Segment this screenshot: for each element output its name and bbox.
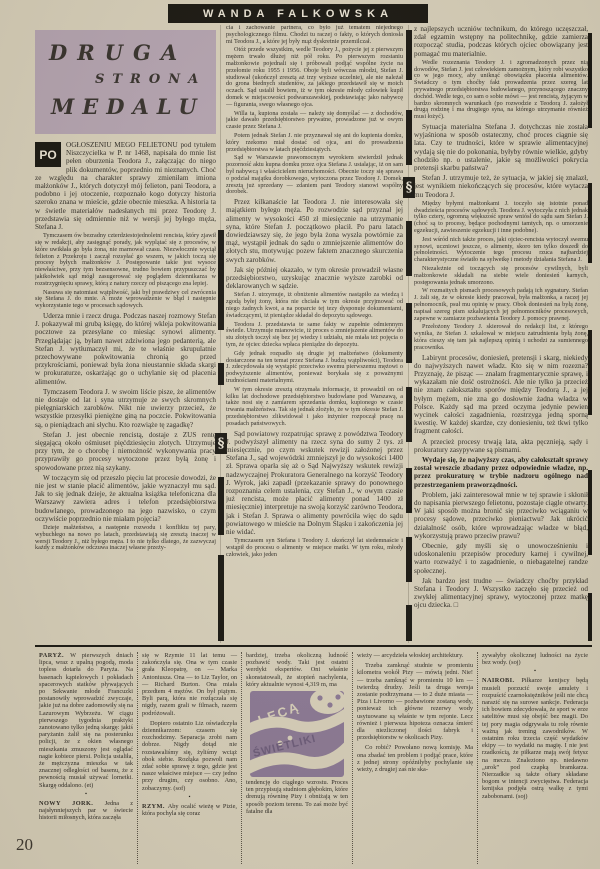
article-body: DRUGA STRONA MEDALU PO OGŁOSZENIU MEGO F… [35,25,592,643]
paragraph: Dzieje małżeństwa, a następnie rozwodu i… [35,525,216,552]
paragraph: Trzeba zamknąć studnie w promieniu kilom… [357,662,473,741]
paragraph: Obecnie, gdy myśli się o unowocześnieniu… [414,542,588,575]
brief-column-1: PARYŻ. W pierwszych dniach lipca, wraz z… [35,652,137,864]
middle-column-text: cia i zachowanie partnera, co było już t… [226,25,403,559]
edge-bar [588,183,592,263]
divider-bar [406,468,412,513]
news-briefs: PARYŻ. W pierwszych dniach lipca, wraz z… [35,652,592,864]
right-column-text: z najlepszych uczniów technikum, do któr… [414,25,588,610]
divider-bar [406,605,412,641]
divider-bar [406,387,412,442]
dropcap: PO [35,142,61,167]
paragraph: Przez kilkanaście lat Teodora J. nie int… [226,198,403,264]
paragraph: Między byłymi małżonkami J. toczyło się … [414,201,588,235]
paragraph: W rozmaitych pismach procesowych padają … [414,288,588,322]
paragraph: Sąd powiatowy rozpatrując sprawę z powód… [226,430,403,537]
title-line-2: STRONA [95,72,206,87]
brief-dateline: RZYM. [142,803,168,810]
divider-bar [406,537,412,582]
paragraph: Willa ta, kupiona została — należy się d… [226,111,403,131]
section-rule [35,645,592,647]
brief-column-3-bottom: tendencję do ciągłego wzrostu. Proces te… [246,779,348,815]
paragraph: Otóż przede wszystkim, wedle Teodory J.,… [226,47,403,108]
article-title-box: DRUGA STRONA MEDALU [35,30,216,134]
edge-bar [588,33,592,128]
paragraph: Przełożony Teodory J. skierował do redak… [414,324,588,351]
brief-column-4: wieży — arcydzieła włoskiej architektury… [352,652,477,864]
paragraph: Problem, jaki zainteresował mnie w tej s… [414,491,588,540]
paragraph: Wedle rozeznania Teodory J. i zgromadzon… [414,60,588,121]
paragraph: Labirynt procesów, doniesień, pretensji … [414,354,588,436]
paragraph: zywałyby okolicznej ludności na życie be… [482,652,588,666]
page-number: 20 [16,835,33,855]
paragraph: Niezależnie od toczących się procesów cy… [414,266,588,286]
paragraph: wieży — arcydzieła włoskiej architektury… [357,652,473,659]
paragraph: Dopiero ostatnio Liz oświadczyła dzienni… [142,720,237,792]
brief-dateline: NOWY JORK. [39,800,105,807]
author-name: WANDA FALKOWSKA [203,8,393,20]
divider-bar [218,477,224,535]
paragraph: Stefan J. utrzymuje, iż obniżenie alimen… [226,292,403,319]
paragraph: Tymczasem Teodora J. w swoim liście pisz… [35,388,216,429]
paragraph: cia i zachowanie partnera, co było już t… [226,25,403,45]
brief-dateline: PARYŻ. [39,652,70,659]
divider-bar [218,363,224,385]
paragraph: W toczącym się od przeszło pięciu lat pr… [35,474,216,523]
paragraph: Jak bardzo jest trudne — świadczy choćby… [414,577,588,610]
brief-column-3-top: bardziej, trzeba okoliczną ludność pozba… [246,652,348,688]
paragraph: OGŁOSZENIU MEGO FELIETONU pod tytułem Ni… [35,141,216,231]
paragraph: NAIROBI. Piłkarze kenijscy będą musieli … [482,677,588,799]
brief-separator: ▪ [482,669,588,674]
title-line-3: MEDALU [51,94,205,119]
paragraph: Stefan J. utrzymuje też, że sytuacja, w … [414,174,588,199]
paragraph: W tym okresie zresztą otrzymała informac… [226,387,403,428]
edge-bar [588,330,592,415]
paragraph: Teodora J. przedstawia te same fakty w z… [226,322,403,349]
divider-bar [406,30,412,80]
paragraph: Jest wśród nich także proces, jaki ojcie… [414,237,588,264]
paragraph: NOWY JORK. Jedna z najsłynniejszych par … [39,800,133,822]
divider-bar [406,110,412,165]
paragraph: Jak się później okazało, w tym okresie p… [226,266,403,291]
paragraph: Co robić? Powołano nową komisję. Ma ona … [357,744,473,773]
paragraph: Uderza mnie i rzecz druga. Podczas nasze… [35,312,216,386]
paragraph: Tymczasem ów bezradny czterdziestojednol… [35,233,216,287]
leca-swietliki-graphic: LECĄ ŚWIETLIKI [250,691,344,777]
paragraph: PARYŻ. W pierwszych dniach lipca, wraz z… [39,652,133,789]
brief-dateline: NAIROBI. [482,677,521,684]
paragraph: Tymczasem syn Stefana i Teodory J. ukońc… [226,538,403,558]
brief-separator: ▪ [39,792,133,797]
column-divider-left: § [218,25,224,643]
newspaper-page: WANDA FALKOWSKA DRUGA STRONA MEDALU PO O… [0,0,600,869]
paragraph: z najlepszych uczniów technikum, do któr… [414,25,588,58]
paragraph: tendencję do ciągłego wzrostu. Proces te… [246,779,348,815]
paragraph: Stefan J. jest obecnie rencistą, dostaje… [35,431,216,472]
article-column-right: z najlepszych uczniów technikum, do któr… [414,25,588,643]
paragraph: Wydaje się, że najwyższy czas, aby całok… [414,456,588,489]
column-divider-right: § [406,25,412,643]
edge-bar [588,593,592,641]
author-banner: WANDA FALKOWSKA [168,4,428,23]
edge-bar [588,470,592,555]
left-column-text: OGŁOSZENIU MEGO FELIETONU pod tytułem Ni… [35,141,216,552]
divider-bar [406,303,412,363]
title-line-1: DRUGA [49,40,187,65]
paragraph: bardziej, trzeba okoliczną ludność pozba… [246,652,348,688]
brief-separator: ▪ [142,795,237,800]
paragraph: Potem jednak Stefan J. nie przyznawał si… [226,133,403,153]
article-column-left: DRUGA STRONA MEDALU PO OGŁOSZENIU MEGO F… [35,25,216,643]
article-column-middle: cia i zachowanie partnera, co było już t… [226,25,403,643]
divider-bar [218,555,224,641]
brief-column-2: się w Rzymie 11 lat temu — zakończyła si… [137,652,241,864]
brief-column-3: bardziej, trzeba okoliczną ludność pozba… [241,652,352,864]
paragraph: Gdy jednak rozpadło się drugie jej małże… [226,351,403,385]
paragraph: się w Rzymie 11 lat temu — zakończyła si… [142,652,237,717]
divider-bar [218,230,224,330]
paragraph: RZYM. Aby ocalić wieżę w Pizie, która po… [142,803,237,817]
paragraph: Sąd w Warszawie prawomocnym wyrokiem stw… [226,155,403,196]
paragraph: A przecież procesy trwają lata, akta pęc… [414,438,588,454]
paragraph: Sytuacja materialna Stefana J. dotychcza… [414,123,588,172]
brief-column-5: zywałyby okolicznej ludności na życie be… [477,652,592,864]
divider-bar [406,221,412,276]
paragraph: Nasuwa się natomiast wątpliwość, jaki by… [35,290,216,310]
page-edge-ornament [588,25,592,643]
